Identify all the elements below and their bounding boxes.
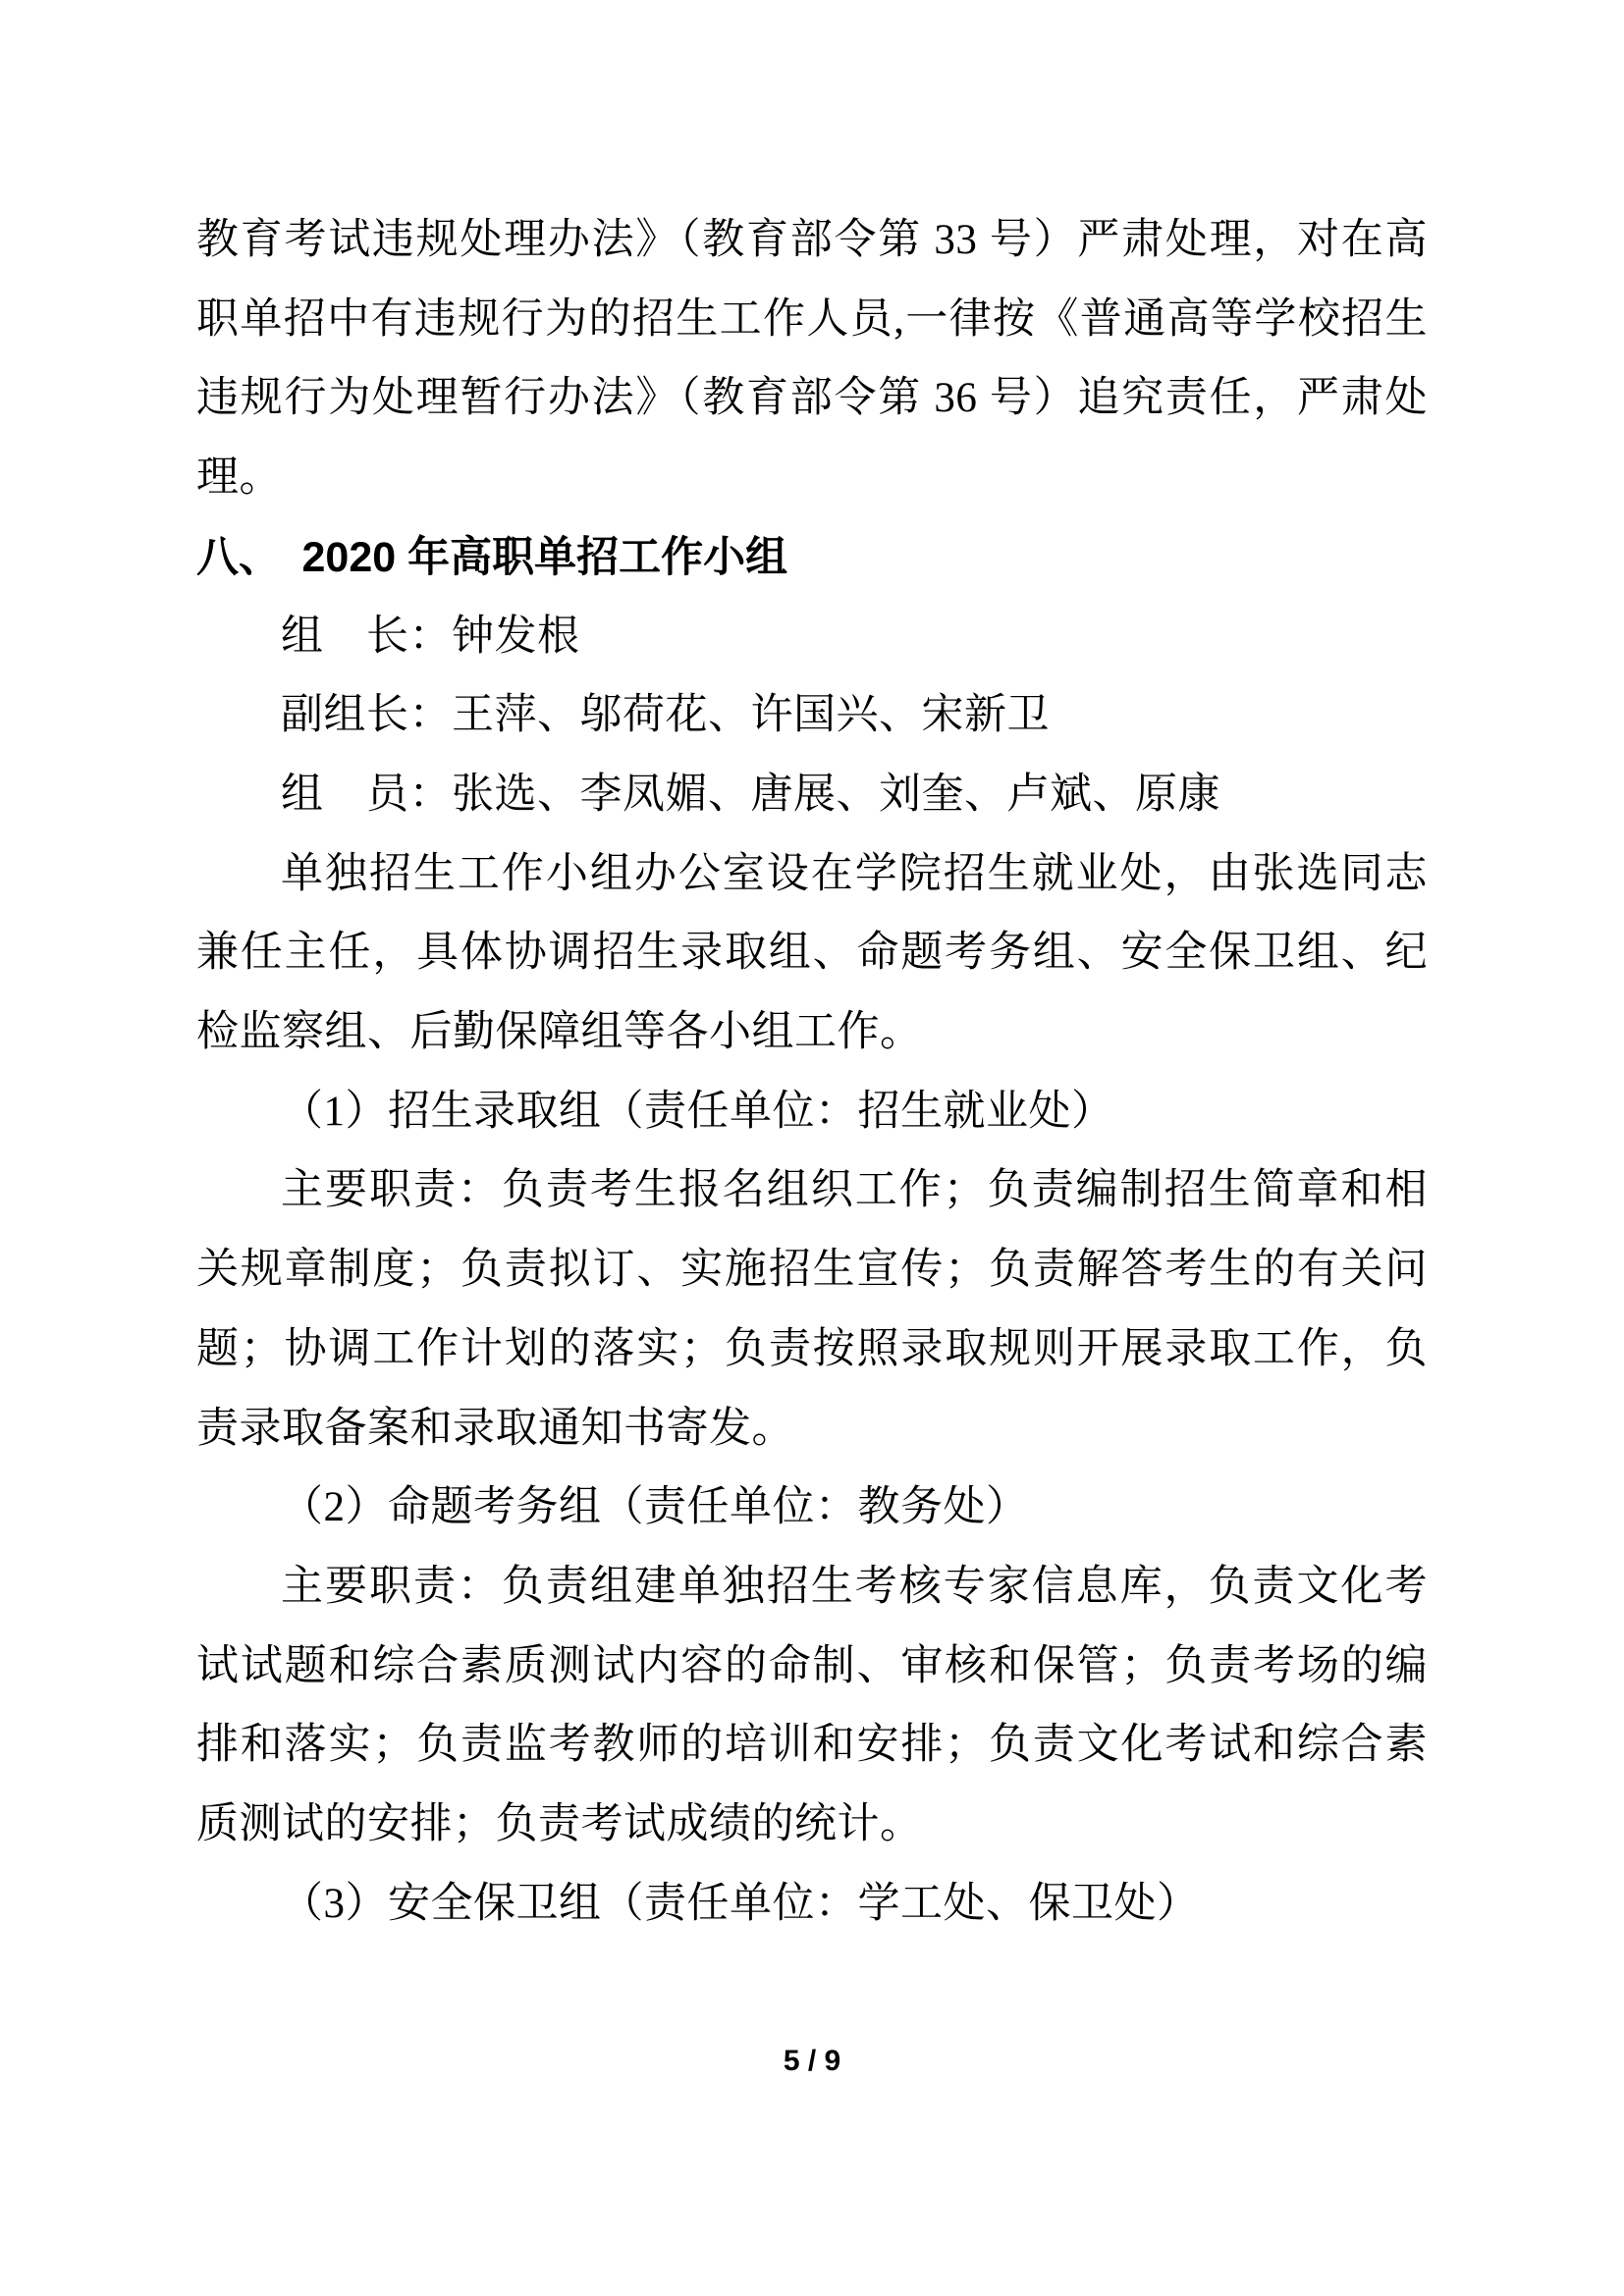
body-line: 职单招中有违规行为的招生工作人员,一律按《普通高等学校招生	[196, 281, 1428, 360]
subgroup-2-heading: （2）命题考务组（责任单位：教务处）	[196, 1468, 1428, 1548]
section-heading: 八、 2020 年高职单招工作小组	[196, 518, 1428, 598]
subgroup-2-duties-line: 质测试的安排；负责考试成绩的统计。	[196, 1786, 1428, 1865]
subgroup-1-heading: （1）招生录取组（责任单位：招生就业处）	[196, 1073, 1428, 1152]
office-paragraph-line: 检监察组、后勤保障组等各小组工作。	[196, 993, 1428, 1073]
office-paragraph-line: 兼任主任，具体协调招生录取组、命题考务组、安全保卫组、纪	[196, 914, 1428, 993]
group-leader-line: 组 长：钟发根	[196, 598, 1428, 677]
subgroup-2-duties-line: 主要职责：负责组建单独招生考核专家信息库，负责文化考	[196, 1548, 1428, 1628]
deputy-leaders-line: 副组长：王萍、邬荷花、许国兴、宋新卫	[196, 676, 1428, 756]
subgroup-2-duties-line: 排和落实；负责监考教师的培训和安排；负责文化考试和综合素	[196, 1706, 1428, 1786]
document-body: 教育考试违规处理办法》（教育部令第 33 号）严肃处理，对在高 职单招中有违规行…	[196, 201, 1428, 1944]
subgroup-1-duties-line: 关规章制度；负责拟订、实施招生宣传；负责解答考生的有关问	[196, 1231, 1428, 1310]
body-line: 教育考试违规处理办法》（教育部令第 33 号）严肃处理，对在高	[196, 201, 1428, 281]
subgroup-2-duties-line: 试试题和综合素质测试内容的命制、审核和保管；负责考场的编	[196, 1628, 1428, 1707]
subgroup-1-duties-line: 主要职责：负责考生报名组织工作；负责编制招生简章和相	[196, 1151, 1428, 1231]
body-line: 违规行为处理暂行办法》（教育部令第 36 号）追究责任，严肃处	[196, 359, 1428, 439]
body-line: 理。	[196, 439, 1428, 518]
members-line: 组 员：张选、李凤媚、唐展、刘奎、卢斌、原康	[196, 756, 1428, 835]
office-paragraph-line: 单独招生工作小组办公室设在学院招生就业处，由张选同志	[196, 835, 1428, 915]
subgroup-3-heading: （3）安全保卫组（责任单位：学工处、保卫处）	[196, 1865, 1428, 1945]
subgroup-1-duties-line: 题；协调工作计划的落实；负责按照录取规则开展录取工作，负	[196, 1310, 1428, 1390]
subgroup-1-duties-line: 责录取备案和录取通知书寄发。	[196, 1390, 1428, 1469]
document-page: 教育考试违规处理办法》（教育部令第 33 号）严肃处理，对在高 职单招中有违规行…	[0, 0, 1624, 2296]
page-number: 5 / 9	[0, 2045, 1624, 2078]
